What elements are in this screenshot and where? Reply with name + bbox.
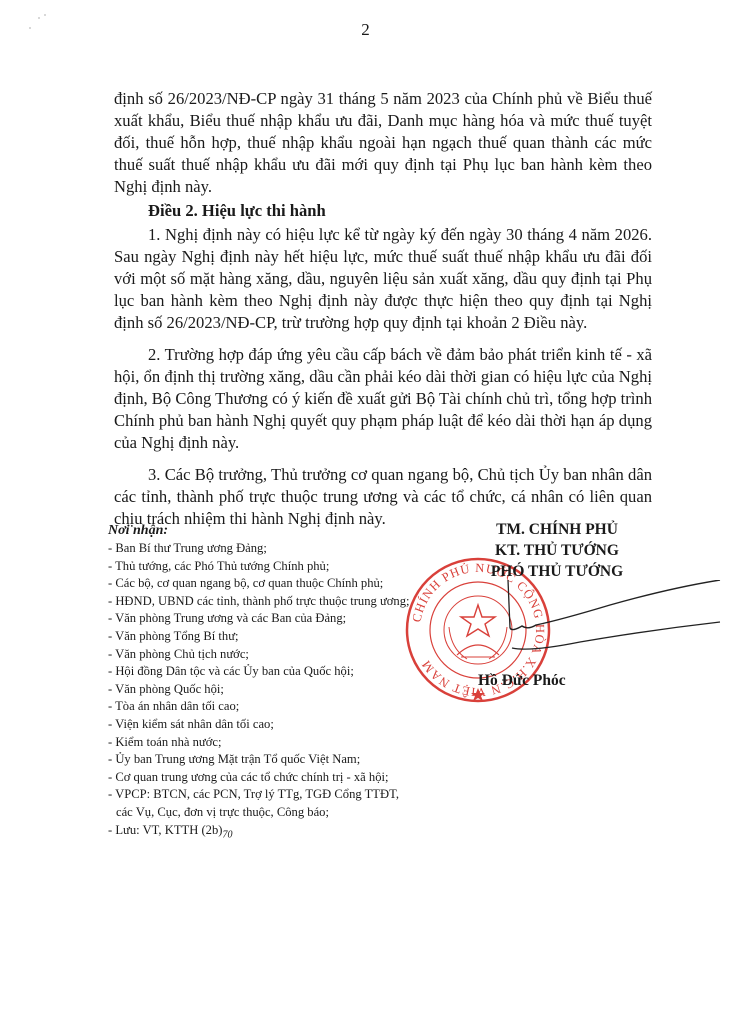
signature-line-2: KT. THỦ TƯỚNG bbox=[462, 540, 652, 561]
recipient-item: - Tòa án nhân dân tối cao; bbox=[108, 698, 438, 716]
handwritten-signature-icon bbox=[500, 580, 731, 690]
recipients-title: Nơi nhận: bbox=[108, 522, 438, 540]
signature-block: TM. CHÍNH PHỦ KT. THỦ TƯỚNG PHÓ THỦ TƯỚN… bbox=[462, 519, 652, 582]
recipient-item: - Các bộ, cơ quan ngang bộ, cơ quan thuộ… bbox=[108, 575, 438, 593]
recipient-item: - VPCP: BTCN, các PCN, Trợ lý TTg, TGĐ C… bbox=[108, 786, 438, 804]
recipient-item: - Ủy ban Trung ương Mặt trận Tổ quốc Việ… bbox=[108, 751, 438, 769]
handwritten-initials: 70 bbox=[222, 829, 232, 840]
recipient-item: - Văn phòng Trung ương và các Ban của Đả… bbox=[108, 610, 438, 628]
recipient-item: - Hội đồng Dân tộc và các Ủy ban của Quố… bbox=[108, 663, 438, 681]
document-body: định số 26/2023/NĐ-CP ngày 31 tháng 5 nă… bbox=[114, 88, 652, 530]
recipient-item-archive: - Lưu: VT, KTTH (2b)70 bbox=[108, 822, 438, 844]
recipient-item: - Thủ tướng, các Phó Thủ tướng Chính phủ… bbox=[108, 558, 438, 576]
signature-line-3: PHÓ THỦ TƯỚNG bbox=[462, 561, 652, 582]
archive-label: - Lưu: VT, KTTH (2b) bbox=[108, 823, 222, 837]
continuation-paragraph: định số 26/2023/NĐ-CP ngày 31 tháng 5 nă… bbox=[114, 88, 652, 198]
recipient-item: - Cơ quan trung ương của các tổ chức chí… bbox=[108, 769, 438, 787]
recipient-item: - HĐND, UBND các tỉnh, thành phố trực th… bbox=[108, 593, 438, 611]
recipients-list: Nơi nhận: - Ban Bí thư Trung ương Đảng; … bbox=[108, 522, 438, 844]
page-number: 2 bbox=[0, 20, 731, 40]
recipient-item: - Văn phòng Chủ tịch nước; bbox=[108, 646, 438, 664]
article-heading: Điều 2. Hiệu lực thi hành bbox=[148, 200, 652, 222]
recipient-item: các Vụ, Cục, đơn vị trực thuộc, Công báo… bbox=[108, 804, 438, 822]
clause-2: 2. Trường hợp đáp ứng yêu cầu cấp bách v… bbox=[114, 344, 652, 454]
recipient-item: - Văn phòng Quốc hội; bbox=[108, 681, 438, 699]
recipient-item: - Kiểm toán nhà nước; bbox=[108, 734, 438, 752]
recipient-item: - Ban Bí thư Trung ương Đảng; bbox=[108, 540, 438, 558]
signature-line-1: TM. CHÍNH PHỦ bbox=[462, 519, 652, 540]
clause-1: 1. Nghị định này có hiệu lực kể từ ngày … bbox=[114, 224, 652, 334]
recipient-item: - Viện kiểm sát nhân dân tối cao; bbox=[108, 716, 438, 734]
recipient-item: - Văn phòng Tổng Bí thư; bbox=[108, 628, 438, 646]
